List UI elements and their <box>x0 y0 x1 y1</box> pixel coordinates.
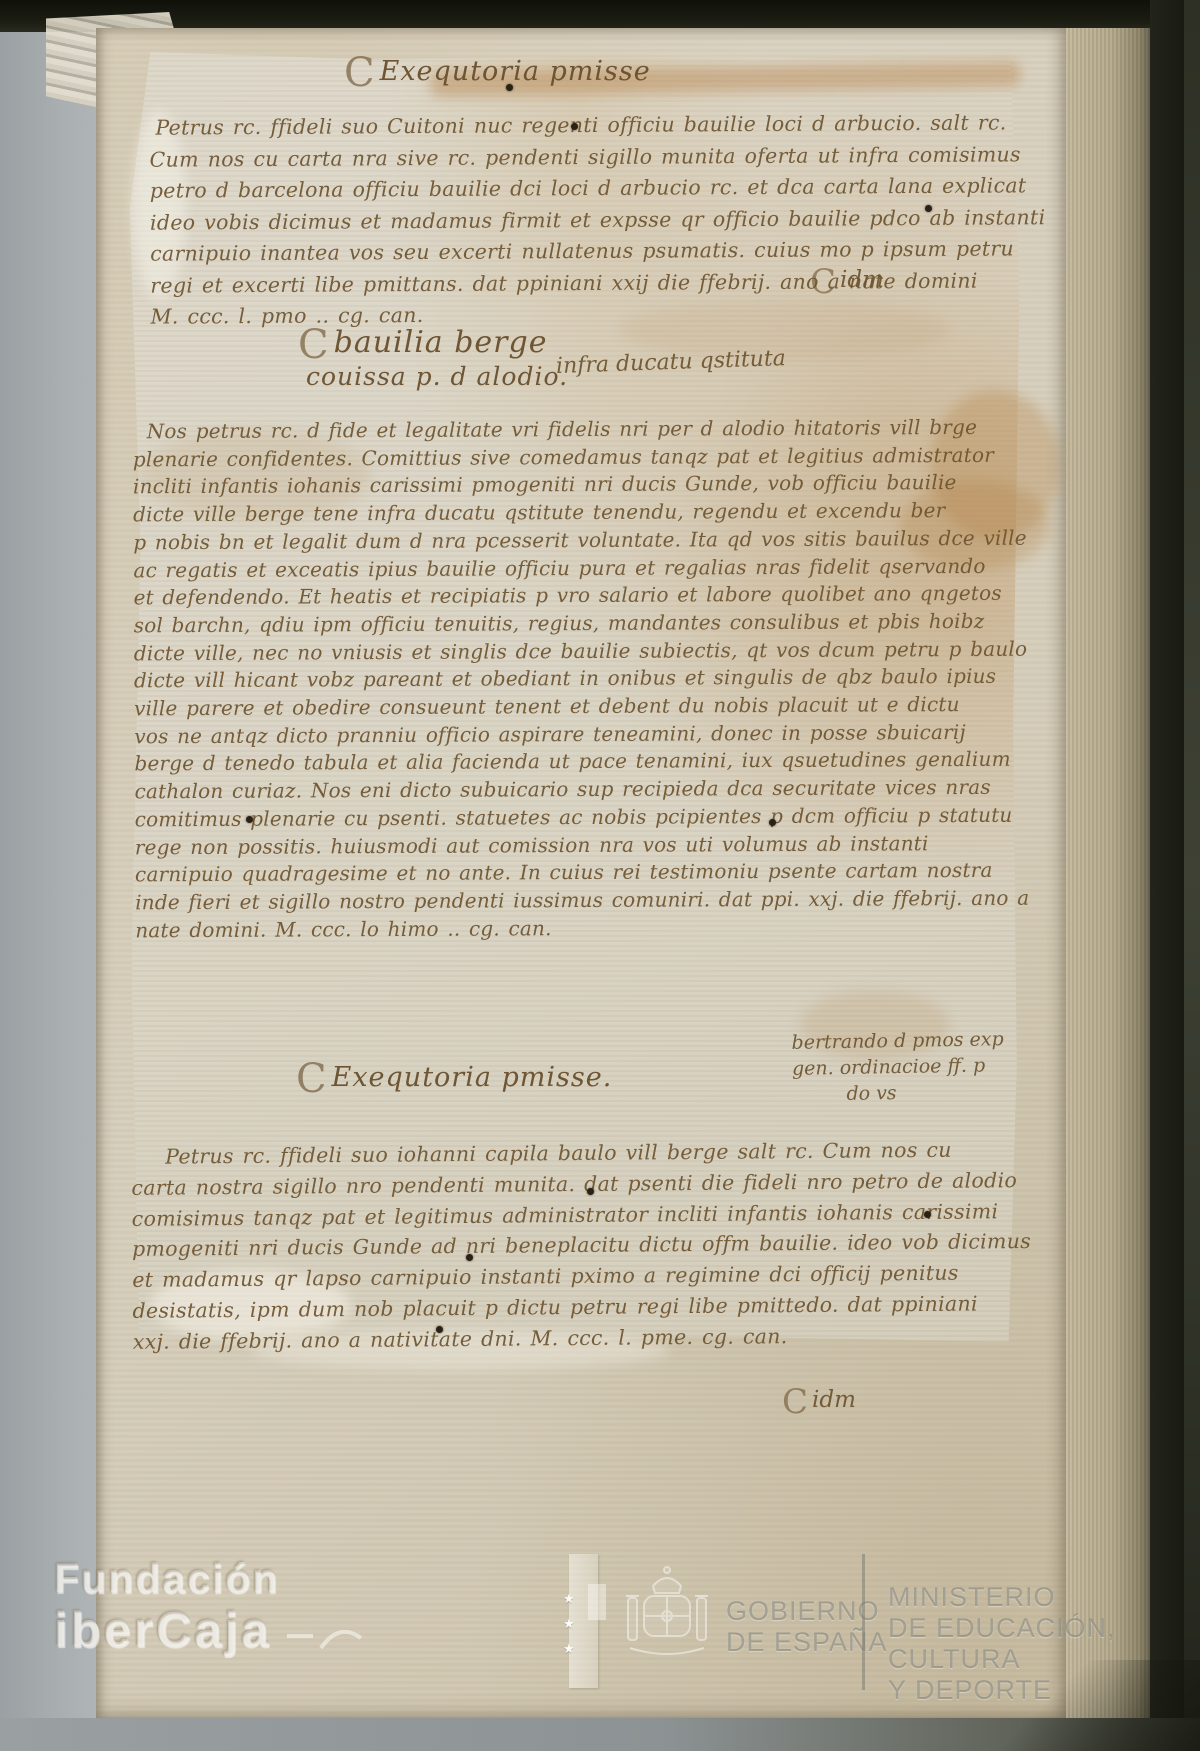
manuscript-text-line: bertrando d pmos exp <box>791 1026 1004 1056</box>
star-icon: ★ <box>563 1592 575 1607</box>
fundacion-ibercaja-watermark: Fundación iberCaja <box>54 1558 363 1655</box>
spain-coat-of-arms-icon <box>620 1562 714 1670</box>
paraph-flourish: C <box>782 1382 808 1422</box>
backing-board-left <box>0 0 100 1751</box>
manuscript-text-line: gen. ordinacioe ff. p <box>792 1052 1005 1082</box>
manuscript-text-line: inde fieri et sigillo nostro pendenti iu… <box>135 885 1030 917</box>
worm-hole <box>506 84 513 91</box>
paraph-flourish: C <box>296 1056 328 1102</box>
manuscript-text-line: Petrus rc. ffideli suo Cuitoni nuc regen… <box>149 107 1029 144</box>
worm-hole <box>587 1188 594 1195</box>
manuscript-text-line: petro d barcelona officiu bauilie dci lo… <box>150 170 1030 207</box>
section-heading-executoria-2: CExequtoria pmisse. <box>296 1056 612 1102</box>
worm-hole <box>769 819 776 826</box>
chancery-signature: Cidm <box>810 262 884 302</box>
paraph-flourish: C <box>344 50 376 96</box>
archival-manuscript-photo: CExequtoria pmisse Petrus rc. ffideli su… <box>0 0 1200 1751</box>
paraph-flourish: C <box>810 262 836 302</box>
star-icon: ★ <box>563 1642 575 1657</box>
heading-text: bauilia berge <box>334 325 548 360</box>
manuscript-text-line: carnipuio inantea vos seu excerti nullat… <box>150 233 1030 270</box>
logo-divider <box>862 1554 865 1690</box>
ibercaja-text: iberCaja <box>54 1606 271 1655</box>
fundacion-text: Fundación <box>54 1558 363 1599</box>
shadow-corner <box>1000 1660 1200 1751</box>
manuscript-text-line: M. ccc. l. pmo .. cg. can. <box>150 296 1030 333</box>
rubric-comissa: couissa p. d alodio. <box>306 362 568 391</box>
manuscript-text-line: cathalon curiaz. Nos eni dicto subuicari… <box>135 774 1030 806</box>
ministerio-line: MINISTERIO <box>888 1582 1200 1613</box>
section-heading-executoria-1: CExequtoria pmisse <box>344 50 651 96</box>
worm-hole <box>466 1254 473 1261</box>
worm-hole <box>571 123 578 130</box>
signature-text: idm <box>840 267 884 293</box>
heading-text: Exequtoria pmisse. <box>332 1062 613 1093</box>
star-icon: ★ <box>563 1617 575 1632</box>
worm-hole <box>246 816 253 823</box>
manuscript-text-line: dicte ville berge tene infra ducatu qsti… <box>133 497 1028 529</box>
chancery-signature: Cidm <box>782 1382 856 1422</box>
manuscript-text-line: p nobis bn et legalit dum d nra pcesseri… <box>133 524 1028 556</box>
manuscript-text-line: do vs <box>792 1078 1005 1108</box>
manuscript-text-line: regi et excerti libe pmittans. dat ppini… <box>150 265 1030 302</box>
eu-stars-banner: ★ ★ ★ <box>569 1554 598 1688</box>
manuscript-text-line: nate domini. M. ccc. lo himo .. cg. can. <box>135 912 1030 944</box>
worm-hole <box>924 1211 931 1218</box>
letter-text-block-2: Nos petrus rc. d fide et legalitate vri … <box>133 414 1031 945</box>
photo-right-edge <box>1184 0 1200 1751</box>
manuscript-text-line: sol barchn, qdiu ipm officiu tenuitis, r… <box>134 608 1029 640</box>
worm-hole <box>436 1326 443 1333</box>
signature-text: idm <box>812 1387 856 1413</box>
ibercaja-swoosh-icon <box>285 1614 363 1648</box>
manuscript-text-line: Nos petrus rc. d fide et legalitate vri … <box>133 414 1028 446</box>
banner-notch <box>588 1584 606 1620</box>
worm-hole <box>925 205 932 212</box>
manuscript-text-line: ville parere et obedire consueunt tenent… <box>134 691 1029 723</box>
letter-text-block-1: Petrus rc. ffideli suo Cuitoni nuc regen… <box>149 107 1030 333</box>
heading-text: Exequtoria pmisse <box>380 56 651 87</box>
letter-text-block-3: Petrus rc. ffideli suo iohanni capila ba… <box>131 1134 1023 1357</box>
chancery-margin-note: bertrando d pmos expgen. ordinacioe ff. … <box>791 1026 1004 1108</box>
binding-shadow <box>1150 0 1184 1751</box>
book-fore-edge <box>1064 28 1152 1720</box>
manuscript-text-line: comitimus plenarie cu psenti. statuetes … <box>135 801 1030 833</box>
